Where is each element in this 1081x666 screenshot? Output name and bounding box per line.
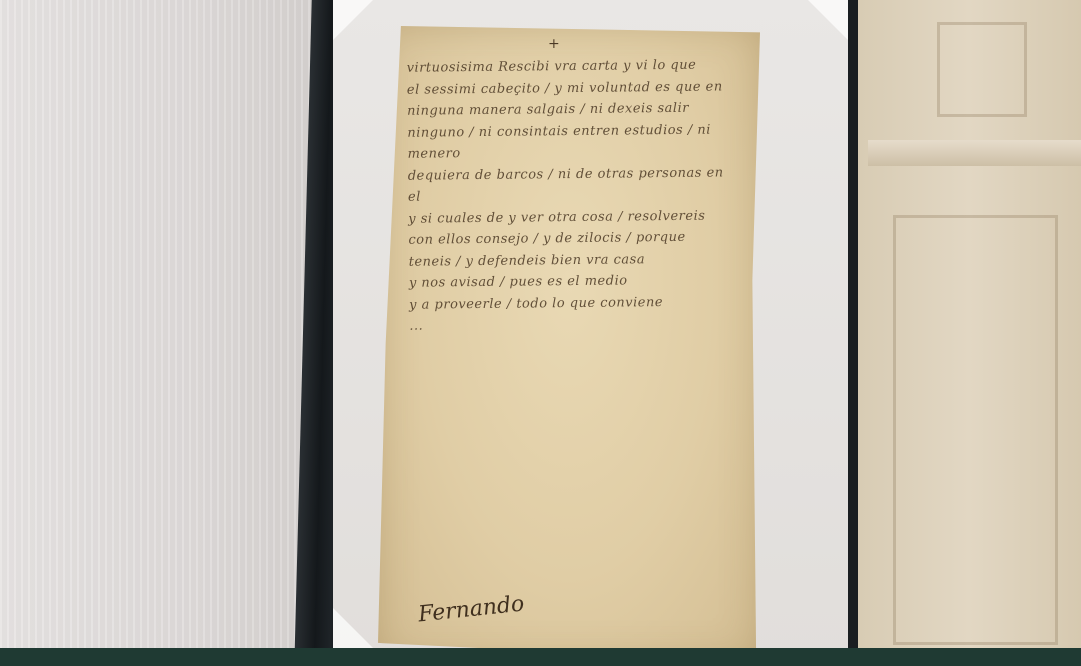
- wall-ledge: [868, 140, 1081, 166]
- mat-corner-bottom-left: [333, 608, 373, 648]
- folio-left-panel: [0, 0, 320, 666]
- manuscript-letter: + virtuosisima Rescibi vra carta y vi lo…: [378, 26, 760, 662]
- mat-corner-top-left: [333, 0, 373, 40]
- wall-panel-carving: [893, 215, 1058, 645]
- signature: Fernando: [417, 592, 525, 628]
- cross-mark: +: [548, 36, 560, 52]
- handwritten-text: virtuosisima Rescibi vra carta y vi lo q…: [407, 54, 742, 337]
- mat-corner-top-right: [808, 0, 848, 40]
- table-surface: [0, 648, 1081, 666]
- rosette-carving: [937, 22, 1027, 117]
